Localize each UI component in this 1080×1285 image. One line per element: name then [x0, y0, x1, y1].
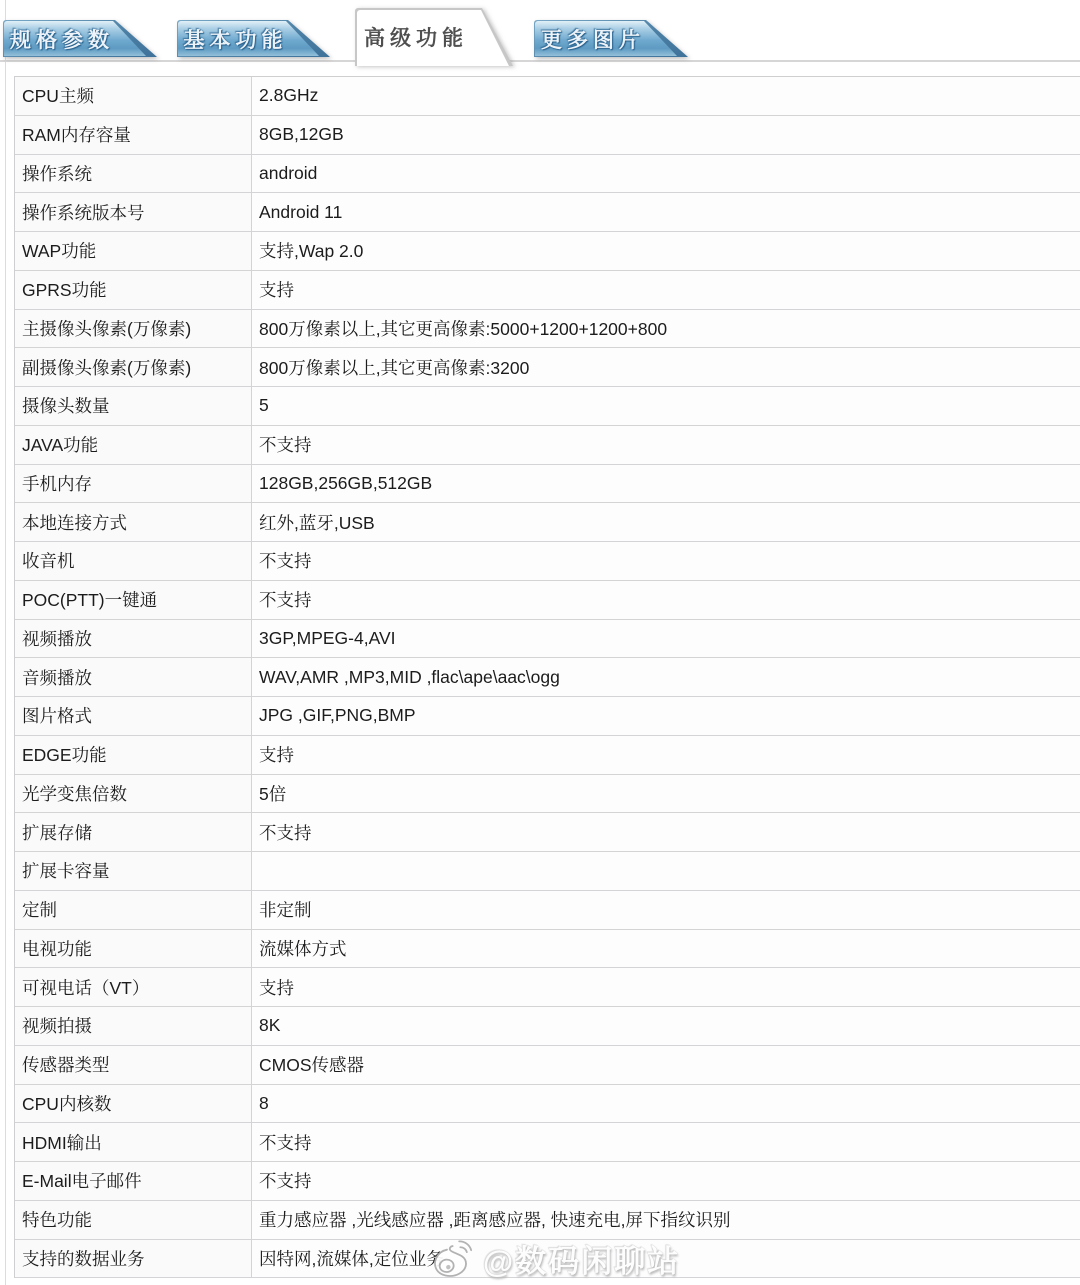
spec-label: 支持的数据业务	[15, 1240, 252, 1278]
spec-value: 8K	[252, 1007, 1080, 1045]
page-left-border	[5, 0, 6, 1285]
spec-label: 本地连接方式	[15, 503, 252, 541]
table-row: EDGE功能 支持	[15, 736, 1080, 775]
tab-specs[interactable]: 规格参数	[3, 20, 157, 57]
spec-value: android	[252, 155, 1080, 193]
spec-value: 因特网,流媒体,定位业务	[252, 1240, 1080, 1278]
table-row: HDMI输出 不支持	[15, 1123, 1080, 1162]
spec-table: CPU主频 2.8GHz RAM内存容量 8GB,12GB 操作系统 andro…	[14, 76, 1080, 1278]
spec-label: 摄像头数量	[15, 387, 252, 425]
spec-label: 视频拍摄	[15, 1007, 252, 1045]
spec-label: 操作系统	[15, 155, 252, 193]
table-row: 扩展存储 不支持	[15, 813, 1080, 852]
spec-value: 支持	[252, 736, 1080, 774]
spec-label: 扩展存储	[15, 813, 252, 851]
spec-label: 操作系统版本号	[15, 193, 252, 231]
spec-value: 8GB,12GB	[252, 116, 1080, 154]
spec-label: 扩展卡容量	[15, 852, 252, 890]
table-row: WAP功能 支持,Wap 2.0	[15, 232, 1080, 271]
tab-label: 规格参数	[3, 20, 121, 57]
spec-label: 主摄像头像素(万像素)	[15, 310, 252, 348]
table-row: 视频播放 3GP,MPEG-4,AVI	[15, 620, 1080, 659]
spec-value: 8	[252, 1085, 1080, 1123]
spec-value: 不支持	[252, 1162, 1080, 1200]
table-row: E-Mail电子邮件 不支持	[15, 1162, 1080, 1201]
spec-label: 视频播放	[15, 620, 252, 658]
spec-label: GPRS功能	[15, 271, 252, 309]
spec-label: POC(PTT)一键通	[15, 581, 252, 619]
spec-label: 副摄像头像素(万像素)	[15, 348, 252, 386]
spec-value: 2.8GHz	[252, 77, 1080, 115]
tab-label: 高级功能	[355, 8, 477, 66]
spec-label: CPU主频	[15, 77, 252, 115]
spec-label: 特色功能	[15, 1201, 252, 1239]
tab-label: 基本功能	[177, 20, 294, 57]
spec-value: 128GB,256GB,512GB	[252, 465, 1080, 503]
table-row: POC(PTT)一键通 不支持	[15, 581, 1080, 620]
spec-label: CPU内核数	[15, 1085, 252, 1123]
table-row: 音频播放 WAV,AMR ,MP3,MID ,flac\ape\aac\ogg	[15, 658, 1080, 697]
table-row: 可视电话（VT） 支持	[15, 968, 1080, 1007]
tab-basic-features[interactable]: 基本功能	[177, 20, 330, 57]
spec-value: 支持,Wap 2.0	[252, 232, 1080, 270]
spec-label: E-Mail电子邮件	[15, 1162, 252, 1200]
table-row: CPU内核数 8	[15, 1085, 1080, 1124]
spec-value: 不支持	[252, 813, 1080, 851]
spec-value: 支持	[252, 271, 1080, 309]
table-row: 特色功能 重力感应器 ,光线感应器 ,距离感应器, 快速充电,屏下指纹识别	[15, 1201, 1080, 1240]
spec-value: 重力感应器 ,光线感应器 ,距离感应器, 快速充电,屏下指纹识别	[252, 1201, 1080, 1239]
spec-label: 可视电话（VT）	[15, 968, 252, 1006]
spec-label: 传感器类型	[15, 1046, 252, 1084]
table-row: 视频拍摄 8K	[15, 1007, 1080, 1046]
spec-label: 收音机	[15, 542, 252, 580]
table-row: 主摄像头像素(万像素) 800万像素以上,其它更高像素:5000+1200+12…	[15, 310, 1080, 349]
spec-value: 红外,蓝牙,USB	[252, 503, 1080, 541]
table-row: 支持的数据业务 因特网,流媒体,定位业务	[15, 1240, 1080, 1279]
spec-value: CMOS传感器	[252, 1046, 1080, 1084]
table-row: 图片格式 JPG ,GIF,PNG,BMP	[15, 697, 1080, 736]
spec-value: 流媒体方式	[252, 930, 1080, 968]
spec-label: 手机内存	[15, 465, 252, 503]
spec-value: 不支持	[252, 542, 1080, 580]
table-row: RAM内存容量 8GB,12GB	[15, 116, 1080, 155]
table-row: 副摄像头像素(万像素) 800万像素以上,其它更高像素:3200	[15, 348, 1080, 387]
spec-label: 光学变焦倍数	[15, 775, 252, 813]
spec-label: HDMI输出	[15, 1123, 252, 1161]
table-row: 摄像头数量 5	[15, 387, 1080, 426]
spec-value: WAV,AMR ,MP3,MID ,flac\ape\aac\ogg	[252, 658, 1080, 696]
tab-label: 更多图片	[534, 20, 652, 57]
spec-label: RAM内存容量	[15, 116, 252, 154]
spec-label: 图片格式	[15, 697, 252, 735]
table-row: 定制 非定制	[15, 891, 1080, 930]
spec-label: JAVA功能	[15, 426, 252, 464]
table-row: 扩展卡容量	[15, 852, 1080, 891]
table-row: GPRS功能 支持	[15, 271, 1080, 310]
table-row: 传感器类型 CMOS传感器	[15, 1046, 1080, 1085]
spec-value: Android 11	[252, 193, 1080, 231]
table-row: CPU主频 2.8GHz	[15, 77, 1080, 116]
spec-value: 不支持	[252, 581, 1080, 619]
spec-label: 定制	[15, 891, 252, 929]
tabbar-baseline	[0, 60, 1080, 62]
table-row: 光学变焦倍数 5倍	[15, 775, 1080, 814]
spec-value: 不支持	[252, 426, 1080, 464]
spec-value	[252, 852, 1080, 890]
spec-value: 非定制	[252, 891, 1080, 929]
spec-value: 不支持	[252, 1123, 1080, 1161]
spec-label: 电视功能	[15, 930, 252, 968]
table-row: 收音机 不支持	[15, 542, 1080, 581]
table-row: JAVA功能 不支持	[15, 426, 1080, 465]
spec-value: 800万像素以上,其它更高像素:5000+1200+1200+800	[252, 310, 1080, 348]
table-row: 操作系统版本号 Android 11	[15, 193, 1080, 232]
tab-advanced-features[interactable]: 高级功能	[355, 8, 513, 66]
spec-value: 支持	[252, 968, 1080, 1006]
table-row: 操作系统 android	[15, 155, 1080, 194]
spec-value: JPG ,GIF,PNG,BMP	[252, 697, 1080, 735]
table-row: 手机内存 128GB,256GB,512GB	[15, 465, 1080, 504]
table-row: 本地连接方式 红外,蓝牙,USB	[15, 503, 1080, 542]
table-row: 电视功能 流媒体方式	[15, 930, 1080, 969]
spec-label: 音频播放	[15, 658, 252, 696]
spec-value: 3GP,MPEG-4,AVI	[252, 620, 1080, 658]
spec-value: 5倍	[252, 775, 1080, 813]
spec-label: EDGE功能	[15, 736, 252, 774]
spec-value: 5	[252, 387, 1080, 425]
spec-value: 800万像素以上,其它更高像素:3200	[252, 348, 1080, 386]
tab-more-images[interactable]: 更多图片	[534, 20, 688, 57]
spec-label: WAP功能	[15, 232, 252, 270]
